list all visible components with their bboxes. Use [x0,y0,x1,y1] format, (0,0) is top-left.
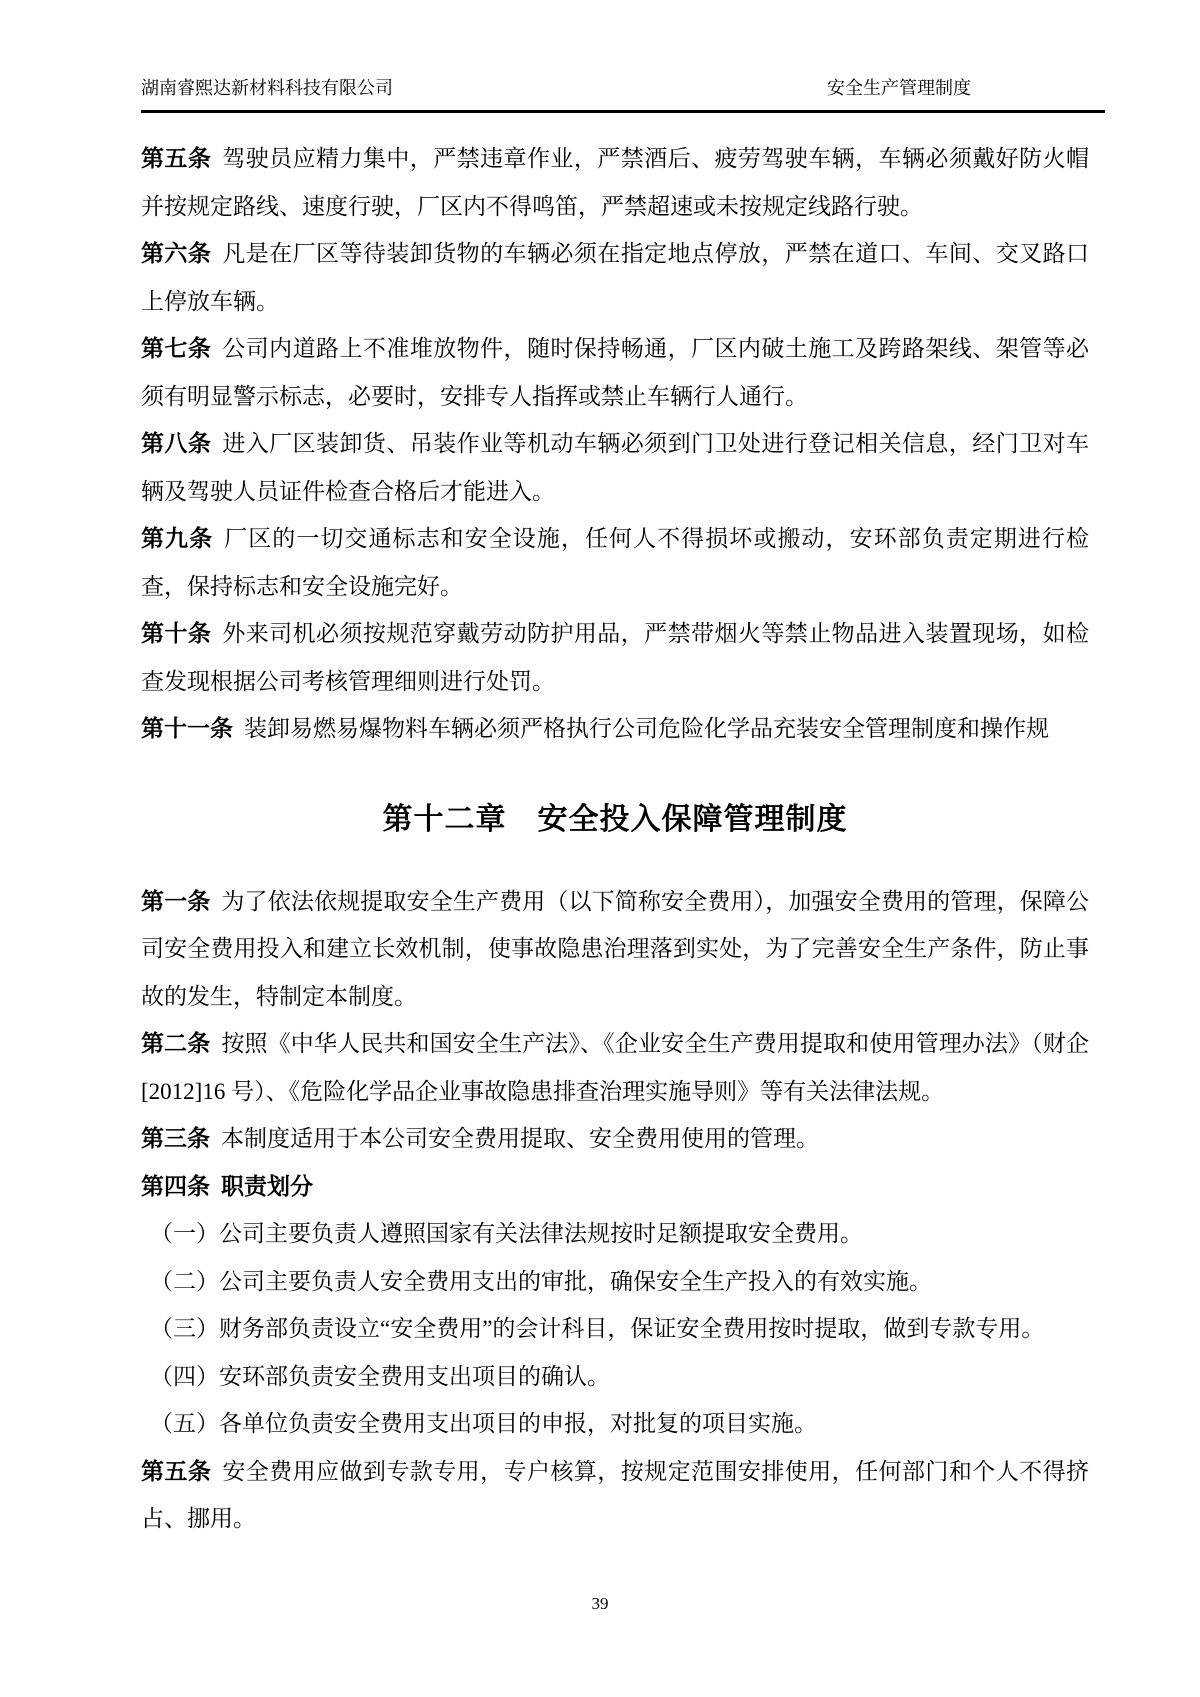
list-item-number: （一） [150,1221,219,1246]
clause-paragraph: 第五条安全费用应做到专款专用，专户核算，按规定范围安排使用，任何部门和个人不得挤… [141,1448,1089,1543]
list-item-number: （二） [150,1269,219,1294]
clause-label: 第三条 [141,1126,210,1151]
clause-text: 进入厂区装卸货、吊装作业等机动车辆必须到门卫处进行登记相关信息，经门卫对车辆及驾… [141,431,1089,504]
header-doc-title: 安全生产管理制度 [827,76,971,100]
clause-paragraph: 第五条驾驶员应精力集中，严禁违章作业，严禁酒后、疲劳驾驶车辆，车辆必须戴好防火帽… [141,135,1089,230]
clause-label: 第七条 [141,336,211,361]
clause-paragraph: 第九条厂区的一切交通标志和安全设施，任何人不得损坏或搬动，安环部负责定期进行检查… [141,515,1089,610]
list-item: （五）各单位负责安全费用支出项目的申报，对批复的项目实施。 [141,1400,1089,1448]
clause-paragraph: 第八条进入厂区装卸货、吊装作业等机动车辆必须到门卫处进行登记相关信息，经门卫对车… [141,420,1089,515]
list-item-number: （五） [150,1411,219,1436]
clause-text: 外来司机必须按规范穿戴劳动防护用品，严禁带烟火等禁止物品进入装置现场，如检查发现… [141,621,1089,694]
clause-label: 第一条 [141,889,210,914]
clause-text: 安全费用应做到专款专用，专户核算，按规定范围安排使用，任何部门和个人不得挤占、挪… [141,1459,1089,1532]
clause-paragraph: 第六条凡是在厂区等待装卸货物的车辆必须在指定地点停放，严禁在道口、车间、交叉路口… [141,230,1089,325]
clause-paragraph: 第十条外来司机必须按规范穿戴劳动防护用品，严禁带烟火等禁止物品进入装置现场，如检… [141,610,1089,705]
list-item: （一）公司主要负责人遵照国家有关法律法规按时足额提取安全费用。 [141,1210,1089,1258]
list-item: （二）公司主要负责人安全费用支出的审批，确保安全生产投入的有效实施。 [141,1258,1089,1306]
clause-label: 第五条 [141,146,211,171]
clause-paragraph: 第十一条装卸易燃易爆物料车辆必须严格执行公司危险化学品充装安全管理制度和操作规 [141,705,1089,753]
list-item-text: 公司主要负责人安全费用支出的审批，确保安全生产投入的有效实施。 [219,1269,932,1294]
list-item: （三）财务部负责设立“安全费用”的会计科目，保证安全费用按时提取，做到专款专用。 [141,1305,1089,1353]
clause-text: 为了依法依规提取安全生产费用（以下简称安全费用），加强安全费用的管理，保障公司安… [141,889,1089,1009]
list-item-number: （三） [150,1316,219,1341]
clause-label: 第四条 [141,1174,210,1199]
page-header: 湖南睿熙达新材料科技有限公司 安全生产管理制度 [141,76,971,100]
clause-text: 驾驶员应精力集中，严禁违章作业，严禁酒后、疲劳驾驶车辆，车辆必须戴好防火帽并按规… [141,146,1089,219]
clause-paragraph: 第二条按照《中华人民共和国安全生产法》、《企业安全生产费用提取和使用管理办法》（… [141,1020,1089,1115]
document-body: 第五条驾驶员应精力集中，严禁违章作业，严禁酒后、疲劳驾驶车辆，车辆必须戴好防火帽… [141,135,1089,1543]
clause-paragraph: 第七条公司内道路上不准堆放物件，随时保持畅通，厂区内破土施工及跨路架线、架管等必… [141,325,1089,420]
chapter-heading: 第十二章 安全投入保障管理制度 [141,798,1089,842]
page-number: 39 [592,1594,609,1613]
clause-paragraph: 第四条职责划分 [141,1163,1089,1211]
clause-label: 第二条 [141,1031,210,1056]
clause-text: 按照《中华人民共和国安全生产法》、《企业安全生产费用提取和使用管理办法》（财企[… [141,1031,1089,1104]
list-item-text: 公司主要负责人遵照国家有关法律法规按时足额提取安全费用。 [219,1221,863,1246]
clause-label: 第六条 [141,241,211,266]
list-item-text: 安环部负责安全费用支出项目的确认。 [219,1364,610,1389]
clause-label: 第五条 [141,1459,211,1484]
clause-text: 公司内道路上不准堆放物件，随时保持畅通，厂区内破土施工及跨路架线、架管等必须有明… [141,336,1089,409]
clause-text: 本制度适用于本公司安全费用提取、安全费用使用的管理。 [221,1126,819,1151]
clause-text: 装卸易燃易爆物料车辆必须严格执行公司危险化学品充装安全管理制度和操作规 [244,716,1049,741]
clause-text: 凡是在厂区等待装卸货物的车辆必须在指定地点停放，严禁在道口、车间、交叉路口上停放… [141,241,1089,314]
page-footer: 39 [0,1592,1200,1616]
clause-paragraph: 第一条为了依法依规提取安全生产费用（以下简称安全费用），加强安全费用的管理，保障… [141,878,1089,1021]
list-item-number: （四） [150,1364,219,1389]
clause-label: 第十条 [141,621,211,646]
header-company-name: 湖南睿熙达新材料科技有限公司 [141,76,393,100]
clause-label: 第九条 [141,526,213,551]
clause-label: 第十一条 [141,716,233,741]
list-item: （四）安环部负责安全费用支出项目的确认。 [141,1353,1089,1401]
header-divider [141,110,1105,113]
clause-paragraph: 第三条本制度适用于本公司安全费用提取、安全费用使用的管理。 [141,1115,1089,1163]
document-page: 湖南睿熙达新材料科技有限公司 安全生产管理制度 第五条驾驶员应精力集中，严禁违章… [0,0,1200,1697]
list-item-text: 各单位负责安全费用支出项目的申报，对批复的项目实施。 [219,1411,817,1436]
clause-text: 厂区的一切交通标志和安全设施，任何人不得损坏或搬动，安环部负责定期进行检查，保持… [141,526,1089,599]
clause-label: 第八条 [141,431,211,456]
clause-text: 职责划分 [221,1174,313,1199]
list-item-text: 财务部负责设立“安全费用”的会计科目，保证安全费用按时提取，做到专款专用。 [219,1316,1044,1341]
